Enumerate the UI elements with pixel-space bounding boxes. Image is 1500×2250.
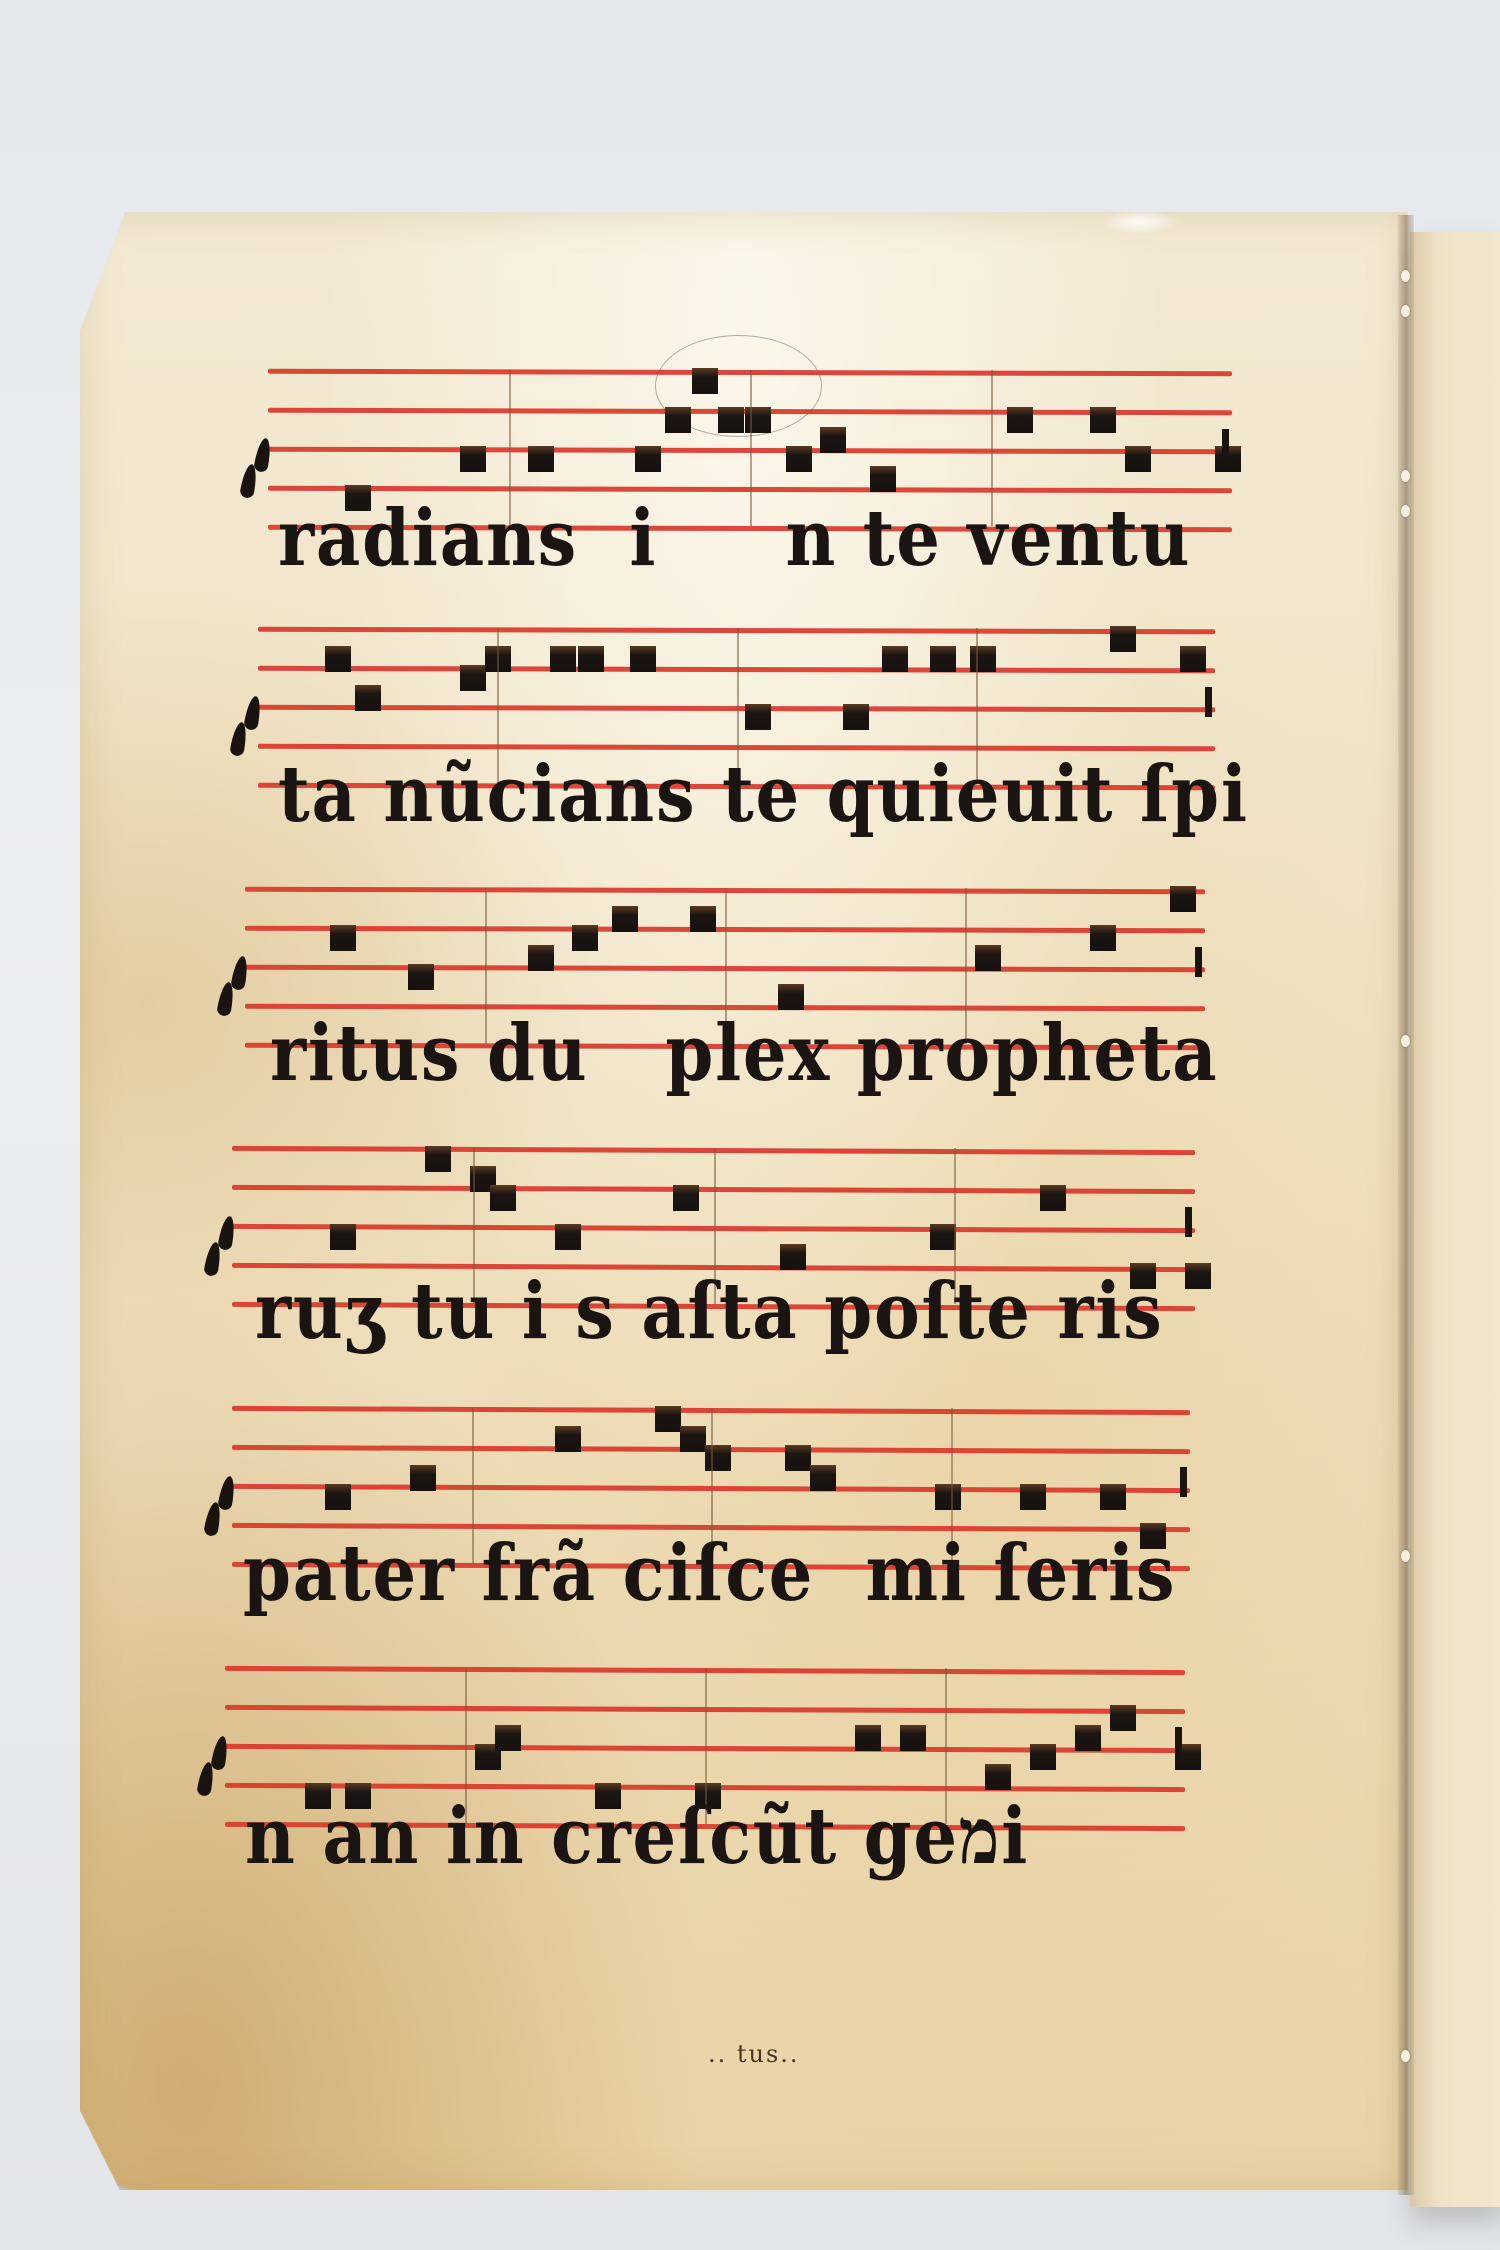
neume-punctum [550,646,576,672]
lyrics-line: ta nũcians te quieuit ſpi [278,756,1249,834]
lyrics-line: pater frã ciſce mi ſeris [243,1535,1176,1613]
lyrics-line: radians i n te ventu [278,500,1191,578]
neume-punctum [778,984,804,1010]
neume-punctum [843,704,869,730]
custos-icon [1195,947,1202,977]
stitch-hole [1401,505,1410,517]
custos-icon [1175,1727,1182,1757]
neume-punctum [820,427,846,453]
neume-punctum [528,446,554,472]
stitch-hole [1401,305,1410,317]
neume-punctum [555,1426,581,1452]
stitch-hole [1401,470,1410,482]
neume-punctum [325,1484,351,1510]
neume-punctum [975,945,1001,971]
neume-punctum [330,1224,356,1250]
custos-icon [1205,687,1212,717]
neume-punctum [330,925,356,951]
neume-punctum [408,964,434,990]
neume-punctum [665,407,691,433]
neume-punctum [870,466,896,492]
lyrics-line: n an in creſcũt geמi [245,1798,1029,1876]
custos-icon [1180,1467,1187,1497]
neume-punctum [692,368,718,394]
neume-punctum [810,1465,836,1491]
stitch-hole [1401,2050,1410,2062]
neume-punctum [705,1445,731,1471]
custos-icon [1185,1207,1192,1237]
neume-punctum [690,906,716,932]
neume-punctum [1110,626,1136,652]
worn-edge [1100,210,1180,234]
custos-icon [1222,429,1229,459]
stitch-hole [1401,1550,1410,1562]
neume-punctum [1075,1725,1101,1751]
neume-punctum [785,1445,811,1471]
neume-punctum [460,665,486,691]
neume-punctum [882,646,908,672]
neume-punctum [935,1484,961,1510]
lyrics-line: ritus du plex propheta [270,1015,1218,1093]
stitch-hole [1401,1035,1410,1047]
neume-punctum [1100,1484,1126,1510]
neume-punctum [355,685,381,711]
neume-punctum [490,1185,516,1211]
neume-punctum [425,1146,451,1172]
neume-punctum [1030,1744,1056,1770]
neume-punctum [495,1725,521,1751]
neume-punctum [325,646,351,672]
neume-punctum [635,446,661,472]
neume-punctum [1125,446,1151,472]
neume-punctum [460,446,486,472]
neume-punctum [630,646,656,672]
neume-punctum [1110,1705,1136,1731]
neume-punctum [655,1406,681,1432]
neume-punctum [1180,646,1206,672]
neume-punctum [1040,1185,1066,1211]
neume-punctum [673,1185,699,1211]
neume-punctum [1185,1263,1211,1289]
neume-punctum [1007,407,1033,433]
neume-punctum [745,704,771,730]
neume-punctum [855,1725,881,1751]
neume-punctum [1090,407,1116,433]
parchment-leaf-right [1410,232,1500,2207]
neume-punctum [572,925,598,951]
neume-punctum [900,1725,926,1751]
lyrics-line: ruʒ tu i s aſta poſte ris [255,1273,1164,1351]
neume-punctum [1170,886,1196,912]
neume-punctum [410,1465,436,1491]
neume-punctum [985,1764,1011,1790]
neume-punctum [1090,925,1116,951]
neume-punctum [612,906,638,932]
neume-punctum [578,646,604,672]
neume-punctum [528,945,554,971]
neume-punctum [680,1426,706,1452]
neume-punctum [555,1224,581,1250]
stitch-hole [1401,270,1410,282]
neume-punctum [786,446,812,472]
neume-punctum [930,1224,956,1250]
neume-punctum [930,646,956,672]
catchword: .. tus.. [708,2040,800,2068]
neume-punctum [718,407,744,433]
neume-punctum [1020,1484,1046,1510]
neume-punctum [970,646,996,672]
neume-punctum [745,407,771,433]
